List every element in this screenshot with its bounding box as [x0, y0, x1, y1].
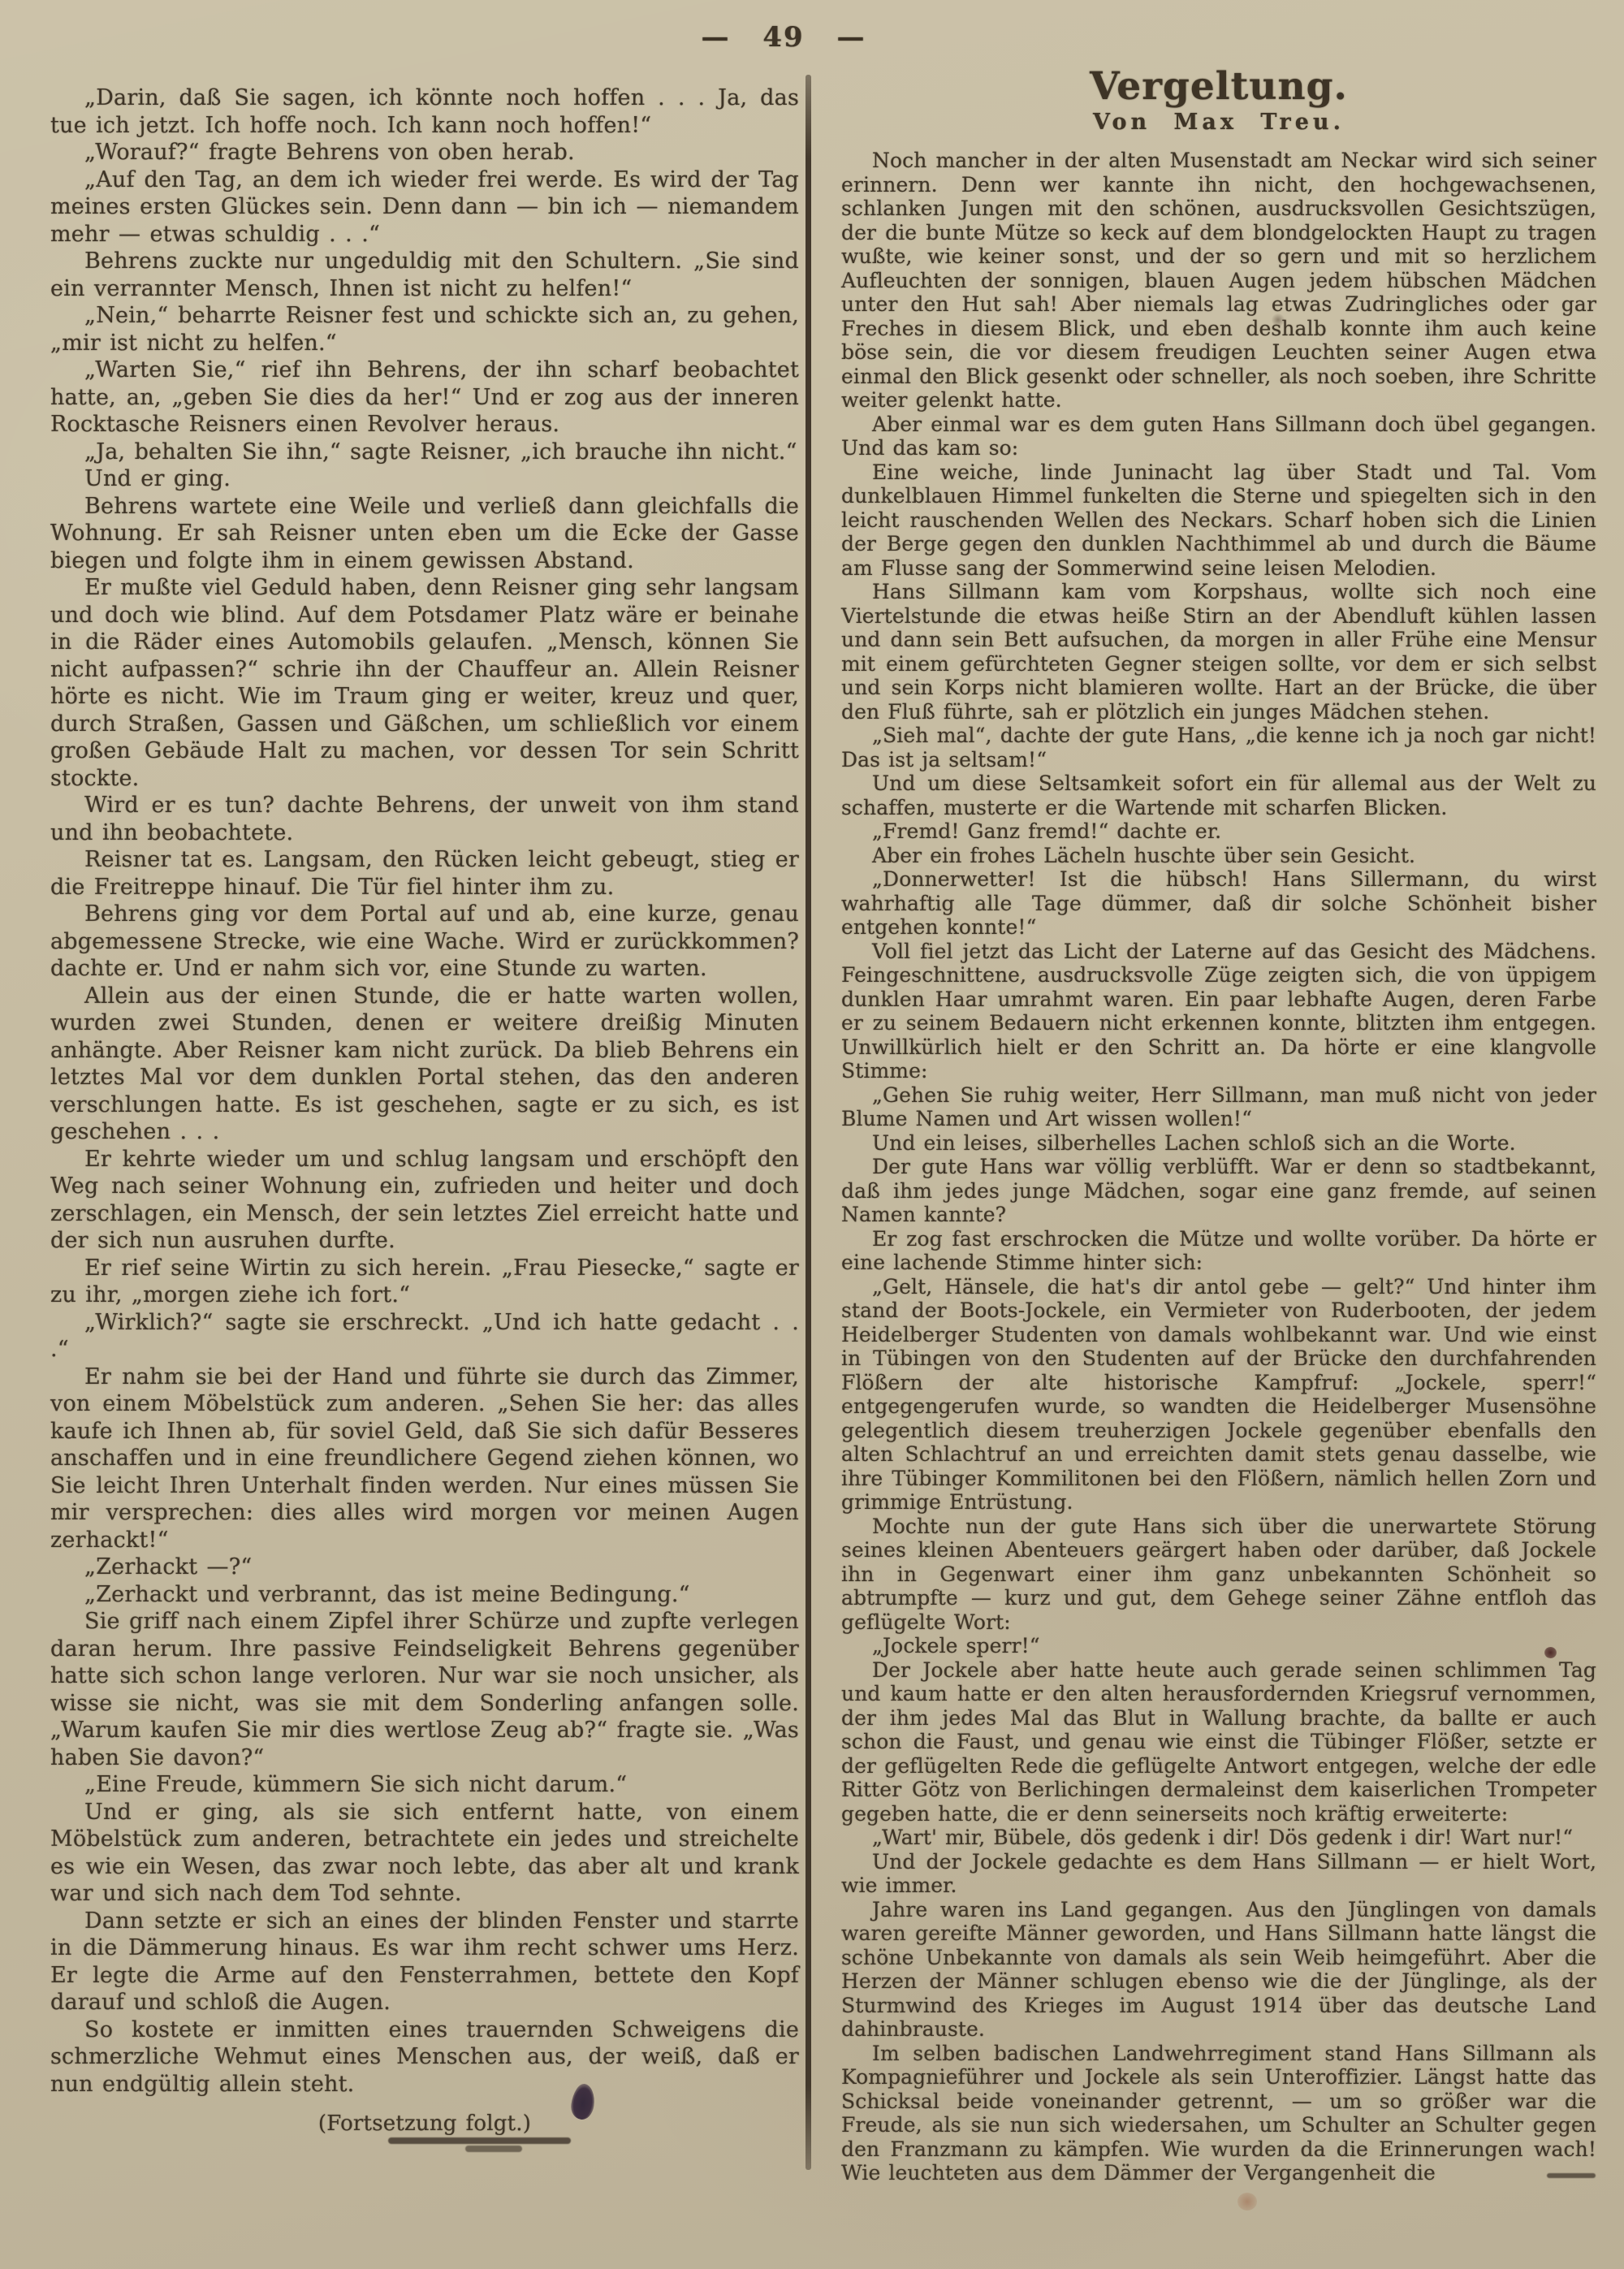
paragraph: Er nahm sie bei der Hand und führte sie … [50, 1364, 799, 1554]
paragraph: Er kehrte wieder um und schlug langsam u… [50, 1146, 799, 1255]
paragraph: Behrens zuckte nur ungeduldig mit den Sc… [50, 248, 799, 302]
ink-smudge-bar [465, 2146, 522, 2152]
paragraph: Hans Sillmann kam vom Korpshaus, wollte … [841, 580, 1596, 724]
paragraph: Und ein leises, silberhelles Lachen schl… [841, 1131, 1596, 1156]
paragraph: Im selben badischen Landwehrregiment sta… [841, 2042, 1596, 2185]
paragraph: Jahre waren ins Land gegangen. Aus den J… [841, 1898, 1596, 2042]
paragraph: Sie griff nach einem Zipfel ihrer Schürz… [50, 1608, 799, 1771]
left-column: „Darin, daß Sie sagen, ich könnte noch h… [50, 84, 799, 2138]
paragraph: „Ja, behalten Sie ihn,“ sagte Reisner, „… [50, 439, 799, 466]
paragraph: Und der Jockele gedachte es dem Hans Sil… [841, 1850, 1596, 1898]
small-paper-stain [1272, 313, 1285, 326]
header-dash-right: — [837, 21, 866, 54]
paragraph: Allein aus der einen Stunde, die er hatt… [50, 983, 799, 1146]
paragraph: „Jockele sperr!“ [841, 1634, 1596, 1658]
newspaper-page: — 49 — „Darin, daß Sie sagen, ich könnte… [0, 0, 1624, 2269]
paragraph: Er mußte viel Geduld haben, denn Reisner… [50, 574, 799, 792]
story-title: Vergeltung. [841, 75, 1596, 99]
paragraph: „Nein,“ beharrte Reisner fest und schick… [50, 302, 799, 357]
paragraph: „Zerhackt —?“ [50, 1554, 799, 1581]
left-column-text: „Darin, daß Sie sagen, ich könnte noch h… [50, 84, 799, 2098]
right-column: Vergeltung. Von Max Treu. Noch mancher i… [841, 75, 1596, 2185]
paragraph: Wird er es tun? dachte Behrens, der unwe… [50, 792, 799, 846]
paragraph: „Wirklich?“ sagte sie erschreckt. „Und i… [50, 1309, 799, 1364]
paragraph: „Auf den Tag, an dem ich wieder frei wer… [50, 166, 799, 249]
paragraph: So kostete er inmitten eines trauernden … [50, 2016, 799, 2098]
paragraph: Und er ging, als sie sich entfernt hatte… [50, 1799, 799, 1908]
ink-smudge-mark [388, 2136, 575, 2157]
paragraph: „Sieh mal“, dachte der gute Hans, „die k… [841, 724, 1596, 771]
paragraph: Dann setzte er sich an eines der blinden… [50, 1908, 799, 2016]
paragraph: Noch mancher in der alten Musenstadt am … [841, 149, 1596, 413]
paragraph: Und um diese Seltsamkeit sofort ein für … [841, 771, 1596, 819]
paragraph: Er zog fast erschrocken die Mütze und wo… [841, 1227, 1596, 1275]
paragraph: „Eine Freude, kümmern Sie sich nicht dar… [50, 1771, 799, 1799]
stray-ink-underline [1547, 2173, 1596, 2178]
paragraph: „Gelt, Hänsele, die hat's dir antol gebe… [841, 1275, 1596, 1515]
paragraph: „Fremd! Ganz fremd!“ dachte er. [841, 819, 1596, 844]
paragraph: „Worauf?“ fragte Behrens von oben herab. [50, 139, 799, 166]
paragraph: „Warten Sie,“ rief ihn Behrens, der ihn … [50, 357, 799, 439]
paragraph: Voll fiel jetzt das Licht der Laterne au… [841, 940, 1596, 1083]
page-number: 49 [762, 21, 804, 54]
paragraph: Behrens wartete eine Weile und verließ d… [50, 493, 799, 575]
paragraph: Aber ein frohes Lächeln huschte über sei… [841, 844, 1596, 868]
faint-paper-stain [1237, 2193, 1257, 2211]
column-divider-rule [806, 75, 811, 2170]
paragraph: Der Jockele aber hatte heute auch gerade… [841, 1658, 1596, 1826]
paragraph: „Wart' mir, Bübele, dös gedenk i dir! Dö… [841, 1826, 1596, 1850]
right-column-text: Noch mancher in der alten Musenstadt am … [841, 149, 1596, 2185]
paragraph: Mochte nun der gute Hans sich über die u… [841, 1515, 1596, 1635]
paragraph: „Darin, daß Sie sagen, ich könnte noch h… [50, 84, 799, 139]
paragraph: Aber einmal war es dem guten Hans Sillma… [841, 413, 1596, 460]
paragraph: Er rief seine Wirtin zu sich herein. „Fr… [50, 1255, 799, 1309]
paragraph: Und er ging. [50, 465, 799, 493]
paragraph: „Gehen Sie ruhig weiter, Herr Sillmann, … [841, 1083, 1596, 1131]
story-byline: Von Max Treu. [841, 110, 1596, 135]
ink-smudge-bar [388, 2137, 571, 2144]
paragraph: Behrens ging vor dem Portal auf und ab, … [50, 901, 799, 983]
paragraph: Der gute Hans war völlig verblüfft. War … [841, 1155, 1596, 1227]
paragraph: „Zerhackt und verbrannt, das ist meine B… [50, 1581, 799, 1609]
paragraph: Eine weiche, linde Juninacht lag über St… [841, 460, 1596, 581]
header-dash-left: — [701, 21, 730, 54]
paragraph: Reisner tat es. Langsam, den Rücken leic… [50, 846, 799, 901]
page-header: — 49 — [621, 21, 946, 54]
continuation-note: (Fortsetzung folgt.) [50, 2111, 799, 2138]
margin-ink-dot [1544, 1647, 1557, 1658]
paragraph: „Donnerwetter! Ist die hübsch! Hans Sill… [841, 867, 1596, 940]
